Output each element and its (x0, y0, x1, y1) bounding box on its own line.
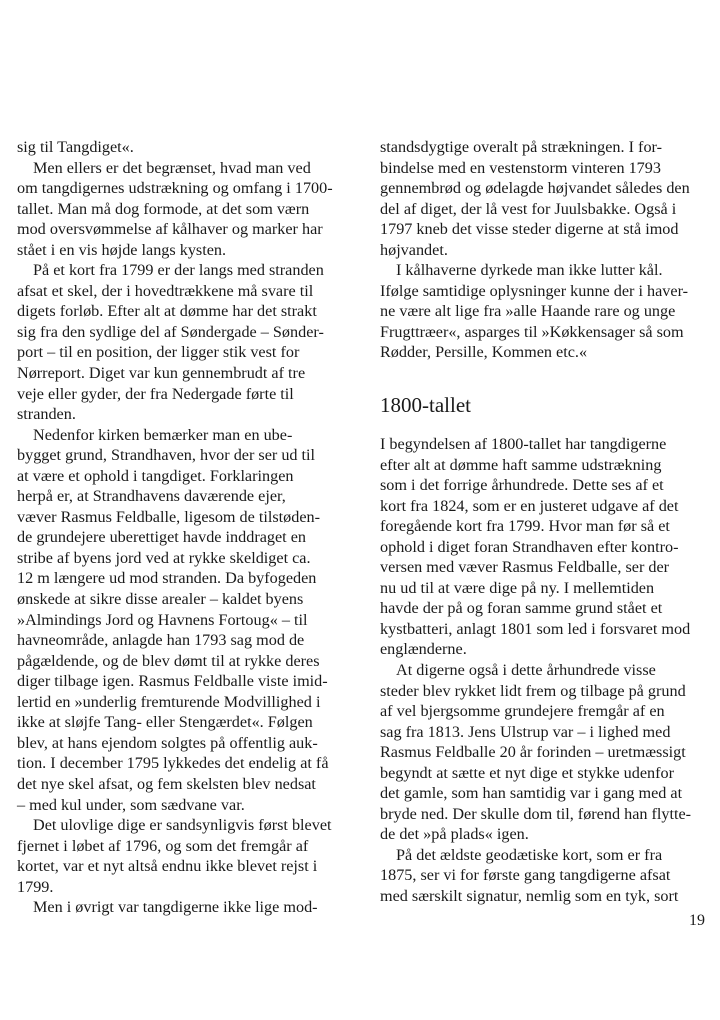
text-line: kystbatteri, anlagt 1801 som led i forsv… (380, 619, 712, 640)
left-column: sig til Tangdiget«.Men ellers er det beg… (17, 137, 347, 918)
text-line: lertid en »underlig fremturende Modvilli… (17, 692, 347, 713)
text-line: kortet, var et nyt altså endnu ikke blev… (17, 856, 347, 877)
text-line: blev, at hans ejendom solgtes på offentl… (17, 733, 347, 754)
text-line: det nye skel afsat, og fem skelsten blev… (17, 774, 347, 795)
text-line: havde der på og foran samme grund stået … (380, 598, 712, 619)
text-line: mod oversvømmelse af kålhaver og marker … (17, 219, 347, 240)
text-line: Nedenfor kirken bemærker man en ube- (17, 425, 347, 446)
text-line: med særskilt signatur, nemlig som en tyk… (380, 886, 712, 907)
text-line: kort fra 1824, som er en justeret udgave… (380, 496, 712, 517)
text-line: gennembrød og ødelagde højvandet således… (380, 178, 712, 199)
text-line: sag fra 1813. Jens Ulstrup var – i lighe… (380, 722, 712, 743)
text-line: tallet. Man må dog formode, at det som v… (17, 199, 347, 220)
text-line: I kålhaverne dyrkede man ikke lutter kål… (380, 260, 712, 281)
text-line: fjernet i løbet af 1796, og som det frem… (17, 836, 347, 857)
text-line: At digerne også i dette århundrede visse (380, 660, 712, 681)
text-line: det gamle, som han samtidig var i gang m… (380, 783, 712, 804)
text-line: steder blev rykket lidt frem og tilbage … (380, 681, 712, 702)
text-line: 12 m længere ud mod stranden. Da byfoged… (17, 568, 347, 589)
right-column-bottom: I begyndelsen af 1800-tallet har tangdig… (380, 434, 712, 907)
text-line: de grundejere uberettiget havde inddrage… (17, 527, 347, 548)
text-line: Rasmus Feldballe 20 år forinden – uretmæ… (380, 742, 712, 763)
text-line: Men ellers er det begrænset, hvad man ve… (17, 158, 347, 179)
text-line: havneområde, anlagde han 1793 sag mod de (17, 630, 347, 651)
text-line: port – til en position, der ligger stik … (17, 342, 347, 363)
text-line: digets forløb. Efter alt at dømme har de… (17, 301, 347, 322)
text-line: pågældende, og de blev dømt til at rykke… (17, 651, 347, 672)
text-line: Frugttræer«, asparges til »Køkkensager s… (380, 322, 712, 343)
text-line: sig til Tangdiget«. (17, 137, 347, 158)
text-line: nu ud til at være dige på ny. I mellemti… (380, 578, 712, 599)
text-line: ne være alt lige fra »alle Haande rare o… (380, 301, 712, 322)
right-column-top: standsdygtige overalt på strækningen. I … (380, 137, 712, 363)
text-line: ikke at sløjfe Tang- eller Stengærdet«. … (17, 712, 347, 733)
text-line: begyndt at sætte et nyt dige et stykke u… (380, 763, 712, 784)
text-line: de det »på plads« igen. (380, 824, 712, 845)
text-line: stået i en vis højde langs kysten. (17, 240, 347, 261)
text-line: På det ældste geodætiske kort, som er fr… (380, 845, 712, 866)
text-line: foregående kort fra 1799. Hvor man før s… (380, 516, 712, 537)
text-line: ophold i diget foran Strandhaven efter k… (380, 537, 712, 558)
text-line: bryde ned. Der skulle dom til, førend ha… (380, 804, 712, 825)
text-line: Ifølge samtidige oplysninger kunne der i… (380, 281, 712, 302)
text-line: om tangdigernes udstrækning og omfang i … (17, 178, 347, 199)
section-heading: 1800-tallet (380, 392, 471, 418)
text-line: – med kul under, som sædvane var. (17, 795, 347, 816)
text-line: 1875, ser vi for første gang tangdigerne… (380, 865, 712, 886)
text-line: af vel bjergsomme grundejere fremgår af … (380, 701, 712, 722)
text-line: at være et ophold i tangdiget. Forklarin… (17, 466, 347, 487)
text-line: I begyndelsen af 1800-tallet har tangdig… (380, 434, 712, 455)
text-line: veje eller gyder, der fra Nedergade ført… (17, 384, 347, 405)
text-line: væver Rasmus Feldballe, ligesom de tilst… (17, 507, 347, 528)
text-line: På et kort fra 1799 er der langs med str… (17, 260, 347, 281)
text-line: ønskede at sikre disse arealer – kaldet … (17, 589, 347, 610)
text-line: versen med væver Rasmus Feldballe, ser d… (380, 557, 712, 578)
text-line: Nørreport. Diget var kun gennembrudt af … (17, 363, 347, 384)
text-line: 1797 kneb det visse steder digerne at st… (380, 219, 712, 240)
text-line: stranden. (17, 404, 347, 425)
text-line: afsat et skel, der i hovedtrækkene må sv… (17, 281, 347, 302)
text-line: som i det forrige århundrede. Dette ses … (380, 475, 712, 496)
text-line: diger tilbage igen. Rasmus Feldballe vis… (17, 671, 347, 692)
text-line: 1799. (17, 877, 347, 898)
text-line: standsdygtige overalt på strækningen. I … (380, 137, 712, 158)
text-line: »Almindings Jord og Havnens Fortoug« – t… (17, 610, 347, 631)
text-line: stribe af byens jord ved at rykke skeldi… (17, 548, 347, 569)
page-number: 19 (689, 912, 705, 930)
text-line: herpå er, at Strandhavens daværende ejer… (17, 486, 347, 507)
text-line: højvandet. (380, 240, 712, 261)
text-line: tion. I december 1795 lykkedes det endel… (17, 753, 347, 774)
text-line: Men i øvrigt var tangdigerne ikke lige m… (17, 897, 347, 918)
text-line: bindelse med en vestenstorm vinteren 179… (380, 158, 712, 179)
text-line: Det ulovlige dige er sandsynligvis først… (17, 815, 347, 836)
text-line: englænderne. (380, 639, 712, 660)
text-line: del af diget, der lå vest for Juulsbakke… (380, 199, 712, 220)
text-line: sig fra den sydlige del af Søndergade – … (17, 322, 347, 343)
text-line: bygget grund, Strandhaven, hvor der ser … (17, 445, 347, 466)
text-line: Rødder, Persille, Kommen etc.« (380, 342, 712, 363)
text-line: efter alt at dømme haft samme udstræknin… (380, 455, 712, 476)
